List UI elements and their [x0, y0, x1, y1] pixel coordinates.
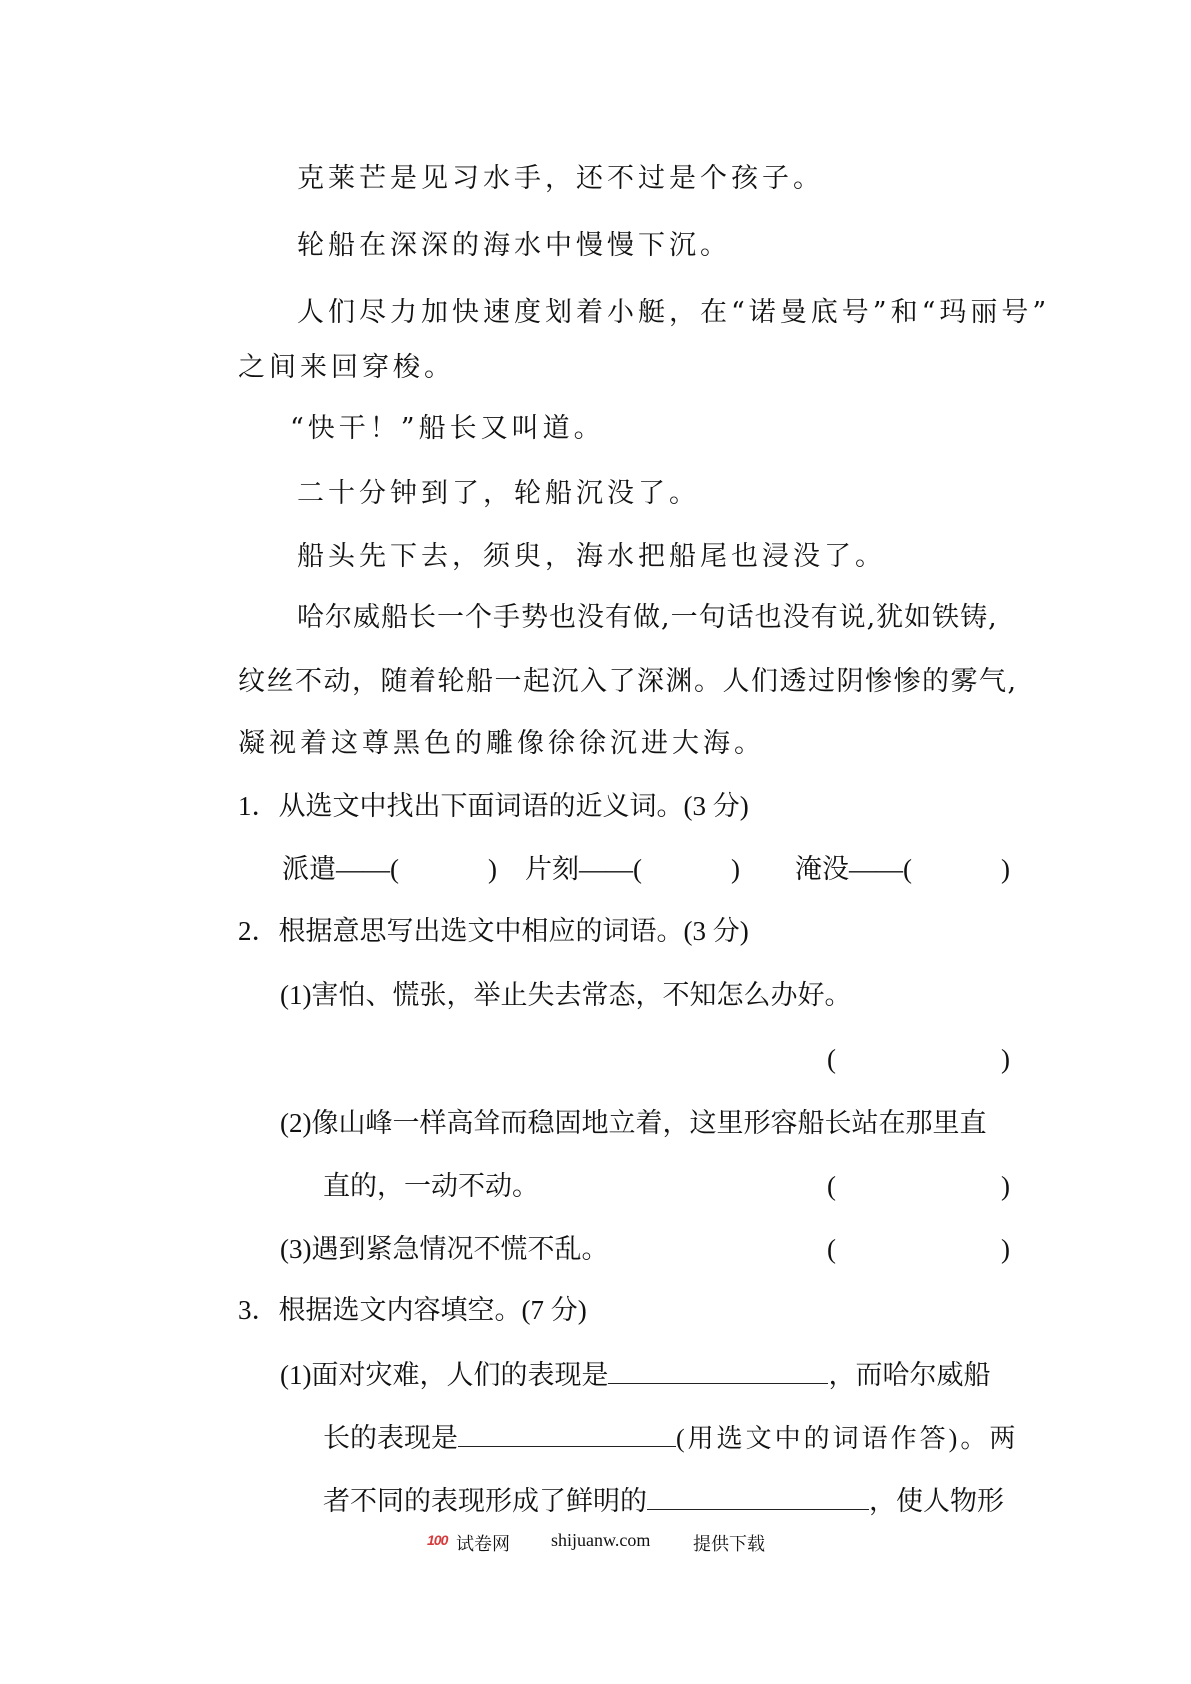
- q2-answer-open-paren[interactable]: (: [827, 1229, 836, 1269]
- q1-close-paren[interactable]: ): [731, 849, 740, 889]
- q3-line-3: 者不同的表现形成了鲜明的，使人物形: [323, 1479, 1004, 1519]
- q3-line-1-text-a: (1)面对灾难，人们的表现是: [280, 1360, 608, 1390]
- question-1-title: 1．从选文中找出下面词语的近义词。(3 分): [238, 786, 749, 826]
- q2-sub-2-line-2: 直的，一动不动。: [323, 1166, 539, 1206]
- q1-close-paren[interactable]: ): [1001, 849, 1010, 889]
- q2-sub-3: (3)遇到紧急情况不慌不乱。: [280, 1229, 608, 1269]
- q3-line-3-text-a: 者不同的表现形成了鲜明的: [323, 1486, 647, 1516]
- q1-item-pianke: 片刻——(: [525, 849, 642, 889]
- q3-line-2-text-a: 长的表现是: [323, 1423, 458, 1453]
- q3-line-2: 长的表现是(用选文中的词语作答)。两: [323, 1416, 1018, 1456]
- passage-paragraph: 船头先下去，须臾，海水把船尾也浸没了。: [297, 537, 886, 577]
- passage-paragraph: 之间来回穿梭。: [238, 348, 455, 388]
- footer-tagline: 提供下载: [693, 1530, 765, 1556]
- q3-blank-captain[interactable]: [458, 1416, 676, 1447]
- q2-sub-1: (1)害怕、慌张，举止失去常态，不知怎么办好。: [280, 975, 851, 1015]
- q1-close-paren[interactable]: ): [488, 849, 497, 889]
- passage-paragraph: 纹丝不动，随着轮船一起沉入了深渊。人们透过阴惨惨的雾气,: [238, 662, 1018, 702]
- q2-answer-close-paren[interactable]: ): [1001, 1039, 1010, 1079]
- q3-line-1-text-b: ，而哈尔威船: [828, 1360, 990, 1390]
- passage-paragraph: 人们尽力加快速度划着小艇，在“诺曼底号”和“玛丽号”: [297, 293, 1010, 333]
- q2-answer-close-paren[interactable]: ): [1001, 1166, 1010, 1206]
- q1-item-yanmo: 淹没——(: [795, 849, 912, 889]
- q2-answer-open-paren[interactable]: (: [827, 1166, 836, 1206]
- page-footer: 100 试卷网 shijuanw.com 提供下载: [0, 1528, 1191, 1558]
- passage-paragraph: 轮船在深深的海水中慢慢下沉。: [297, 226, 731, 266]
- passage-paragraph: 凝视着这尊黑色的雕像徐徐沉进大海。: [238, 724, 765, 764]
- q3-blank-people[interactable]: [608, 1353, 828, 1384]
- q3-line-3-text-b: ，使人物形: [869, 1486, 1004, 1516]
- passage-paragraph: “快干！”船长又叫道。: [290, 409, 605, 449]
- q2-answer-open-paren[interactable]: (: [827, 1039, 836, 1079]
- q1-item-paiqian: 派遣——(: [282, 849, 399, 889]
- passage-paragraph: 克莱芒是见习水手，还不过是个孩子。: [297, 159, 824, 199]
- passage-paragraph: 二十分钟到了，轮船沉没了。: [297, 474, 700, 514]
- passage-paragraph: 哈尔威船长一个手势也没有做,一句话也没有说,犹如铁铸,: [297, 598, 998, 638]
- site-domain[interactable]: shijuanw.com: [551, 1530, 650, 1551]
- q3-line-2-note: (用选文中的词语作答)。两: [676, 1424, 1018, 1453]
- question-3-title: 3．根据选文内容填空。(7 分): [238, 1290, 587, 1330]
- q3-line-1: (1)面对灾难，人们的表现是，而哈尔威船: [280, 1353, 990, 1393]
- q2-answer-close-paren[interactable]: ): [1001, 1229, 1010, 1269]
- question-2-title: 2．根据意思写出选文中相应的词语。(3 分): [238, 911, 749, 951]
- q2-sub-2-line-1: (2)像山峰一样高耸而稳固地立着，这里形容船长站在那里直: [280, 1103, 986, 1143]
- q3-blank-contrast[interactable]: [647, 1479, 869, 1510]
- site-name: 试卷网: [456, 1530, 510, 1556]
- site-logo-icon: 100: [427, 1532, 447, 1548]
